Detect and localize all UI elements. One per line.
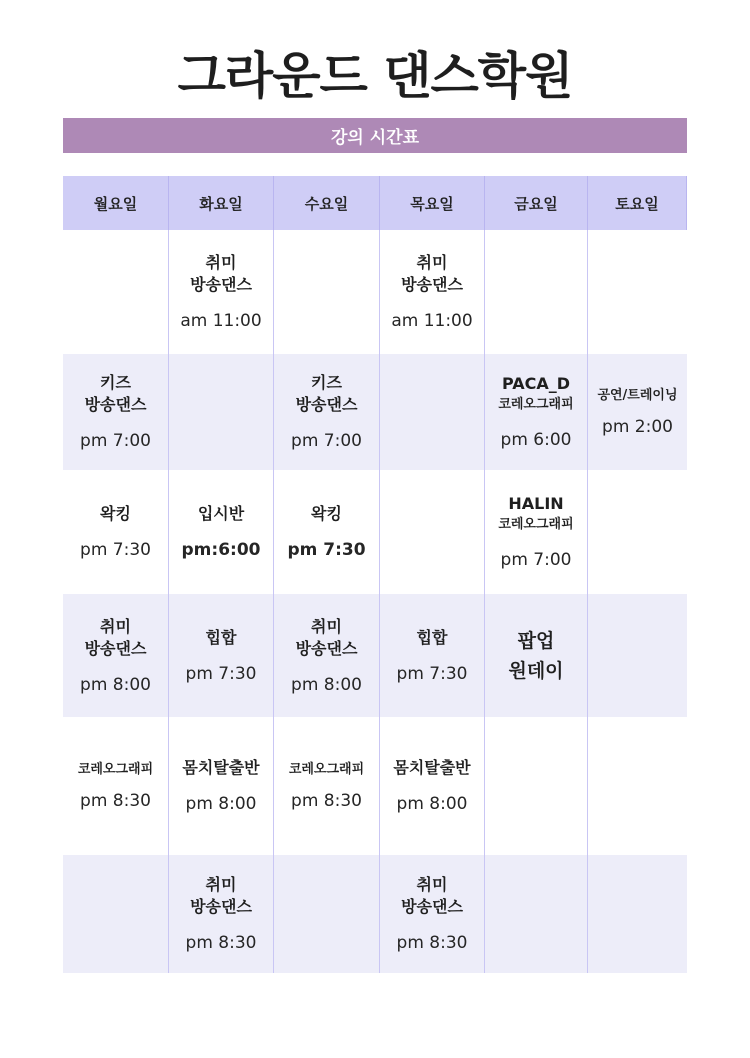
class-time: pm 7:00: [80, 430, 151, 452]
class-time: pm 8:30: [186, 932, 257, 954]
class-time: pm 7:30: [287, 539, 365, 561]
class-name: 몸치탈출반: [393, 757, 470, 779]
class-time: am 11:00: [391, 310, 472, 332]
class-name: HALIN: [508, 493, 563, 515]
timetable-cell: [274, 855, 380, 973]
timetable-cell: [588, 230, 687, 354]
class-name: 코레오그래피: [289, 760, 364, 780]
page-title: 그라운드 댄스학원: [0, 36, 750, 108]
timetable-cell: [380, 470, 485, 594]
class-name: 왁킹: [311, 503, 342, 525]
class-name: 힙합: [417, 627, 448, 649]
timetable-cell: 몸치탈출반pm 8:00: [169, 717, 274, 855]
class-time: pm 8:30: [80, 790, 151, 812]
class-time: am 11:00: [180, 310, 261, 332]
class-time: pm 8:30: [397, 932, 468, 954]
class-time: pm 8:00: [397, 793, 468, 815]
header-tuesday: 화요일: [169, 176, 274, 230]
class-subtitle: 코레오그래피: [498, 515, 573, 535]
timetable-cell: 코레오그래피pm 8:30: [274, 717, 380, 855]
timetable-cell: 취미 방송댄스am 11:00: [169, 230, 274, 354]
timetable-cell: 취미 방송댄스am 11:00: [380, 230, 485, 354]
timetable: 월요일 화요일 수요일 목요일 금요일 토요일 취미 방송댄스am 11:00취…: [63, 176, 687, 973]
class-name: 입시반: [198, 503, 244, 525]
timetable-cell: [485, 855, 588, 973]
class-name: 키즈 방송댄스: [296, 372, 358, 416]
class-name: 코레오그래피: [78, 760, 153, 780]
class-name: 팝업 원데이: [508, 626, 563, 686]
timetable-cell: 팝업 원데이: [485, 594, 588, 717]
header-friday: 금요일: [485, 176, 588, 230]
timetable-cell: [63, 230, 169, 354]
timetable-cell: 취미 방송댄스pm 8:30: [380, 855, 485, 973]
timetable-cell: 키즈 방송댄스pm 7:00: [63, 354, 169, 470]
class-time: pm 7:30: [186, 663, 257, 685]
timetable-cell: 입시반pm:6:00: [169, 470, 274, 594]
class-time: pm 7:30: [80, 539, 151, 561]
timetable-cell: 키즈 방송댄스pm 7:00: [274, 354, 380, 470]
class-name: 취미 방송댄스: [296, 616, 358, 660]
timetable-cell: 취미 방송댄스pm 8:00: [63, 594, 169, 717]
class-name: 취미 방송댄스: [190, 252, 252, 296]
timetable-cell: PACA_D코레오그래피pm 6:00: [485, 354, 588, 470]
timetable-cell: [63, 855, 169, 973]
class-name: 몸치탈출반: [182, 757, 259, 779]
timetable-cell: 왁킹pm 7:30: [63, 470, 169, 594]
timetable-cell: 힙합pm 7:30: [380, 594, 485, 717]
class-name: 힙합: [206, 627, 237, 649]
class-time: pm 8:00: [291, 674, 362, 696]
class-name: 키즈 방송댄스: [85, 372, 147, 416]
header-thursday: 목요일: [380, 176, 485, 230]
class-time: pm 6:00: [501, 429, 572, 451]
timetable-cell: [485, 717, 588, 855]
header-saturday: 토요일: [588, 176, 687, 230]
timetable-cell: [274, 230, 380, 354]
timetable-cell: 코레오그래피pm 8:30: [63, 717, 169, 855]
timetable-cell: [588, 594, 687, 717]
class-name: 취미 방송댄스: [85, 616, 147, 660]
timetable-cell: 왁킹pm 7:30: [274, 470, 380, 594]
timetable-cell: 취미 방송댄스pm 8:00: [274, 594, 380, 717]
timetable-cell: [588, 717, 687, 855]
class-name: 취미 방송댄스: [190, 874, 252, 918]
timetable-cell: 공연/트레이닝pm 2:00: [588, 354, 687, 470]
header-wednesday: 수요일: [274, 176, 380, 230]
class-time: pm 2:00: [602, 416, 673, 438]
class-time: pm 7:00: [291, 430, 362, 452]
class-name: 왁킹: [100, 503, 131, 525]
timetable-cell: HALIN코레오그래피pm 7:00: [485, 470, 588, 594]
class-name: 취미 방송댄스: [401, 252, 463, 296]
class-time: pm 7:00: [501, 549, 572, 571]
class-time: pm 8:30: [291, 790, 362, 812]
class-name: 취미 방송댄스: [401, 874, 463, 918]
class-subtitle: 코레오그래피: [498, 395, 573, 415]
timetable-cell: 취미 방송댄스pm 8:30: [169, 855, 274, 973]
header-monday: 월요일: [63, 176, 169, 230]
timetable-cell: 힙합pm 7:30: [169, 594, 274, 717]
class-name: 공연/트레이닝: [597, 386, 677, 406]
timetable-cell: 몸치탈출반pm 8:00: [380, 717, 485, 855]
schedule-banner: 강의 시간표: [63, 118, 687, 153]
class-name: PACA_D: [502, 373, 570, 395]
class-time: pm 8:00: [186, 793, 257, 815]
class-time: pm 8:00: [80, 674, 151, 696]
timetable-cell: [485, 230, 588, 354]
timetable-cell: [380, 354, 485, 470]
timetable-cell: [169, 354, 274, 470]
timetable-cell: [588, 855, 687, 973]
class-time: pm:6:00: [182, 539, 261, 561]
class-time: pm 7:30: [397, 663, 468, 685]
timetable-cell: [588, 470, 687, 594]
